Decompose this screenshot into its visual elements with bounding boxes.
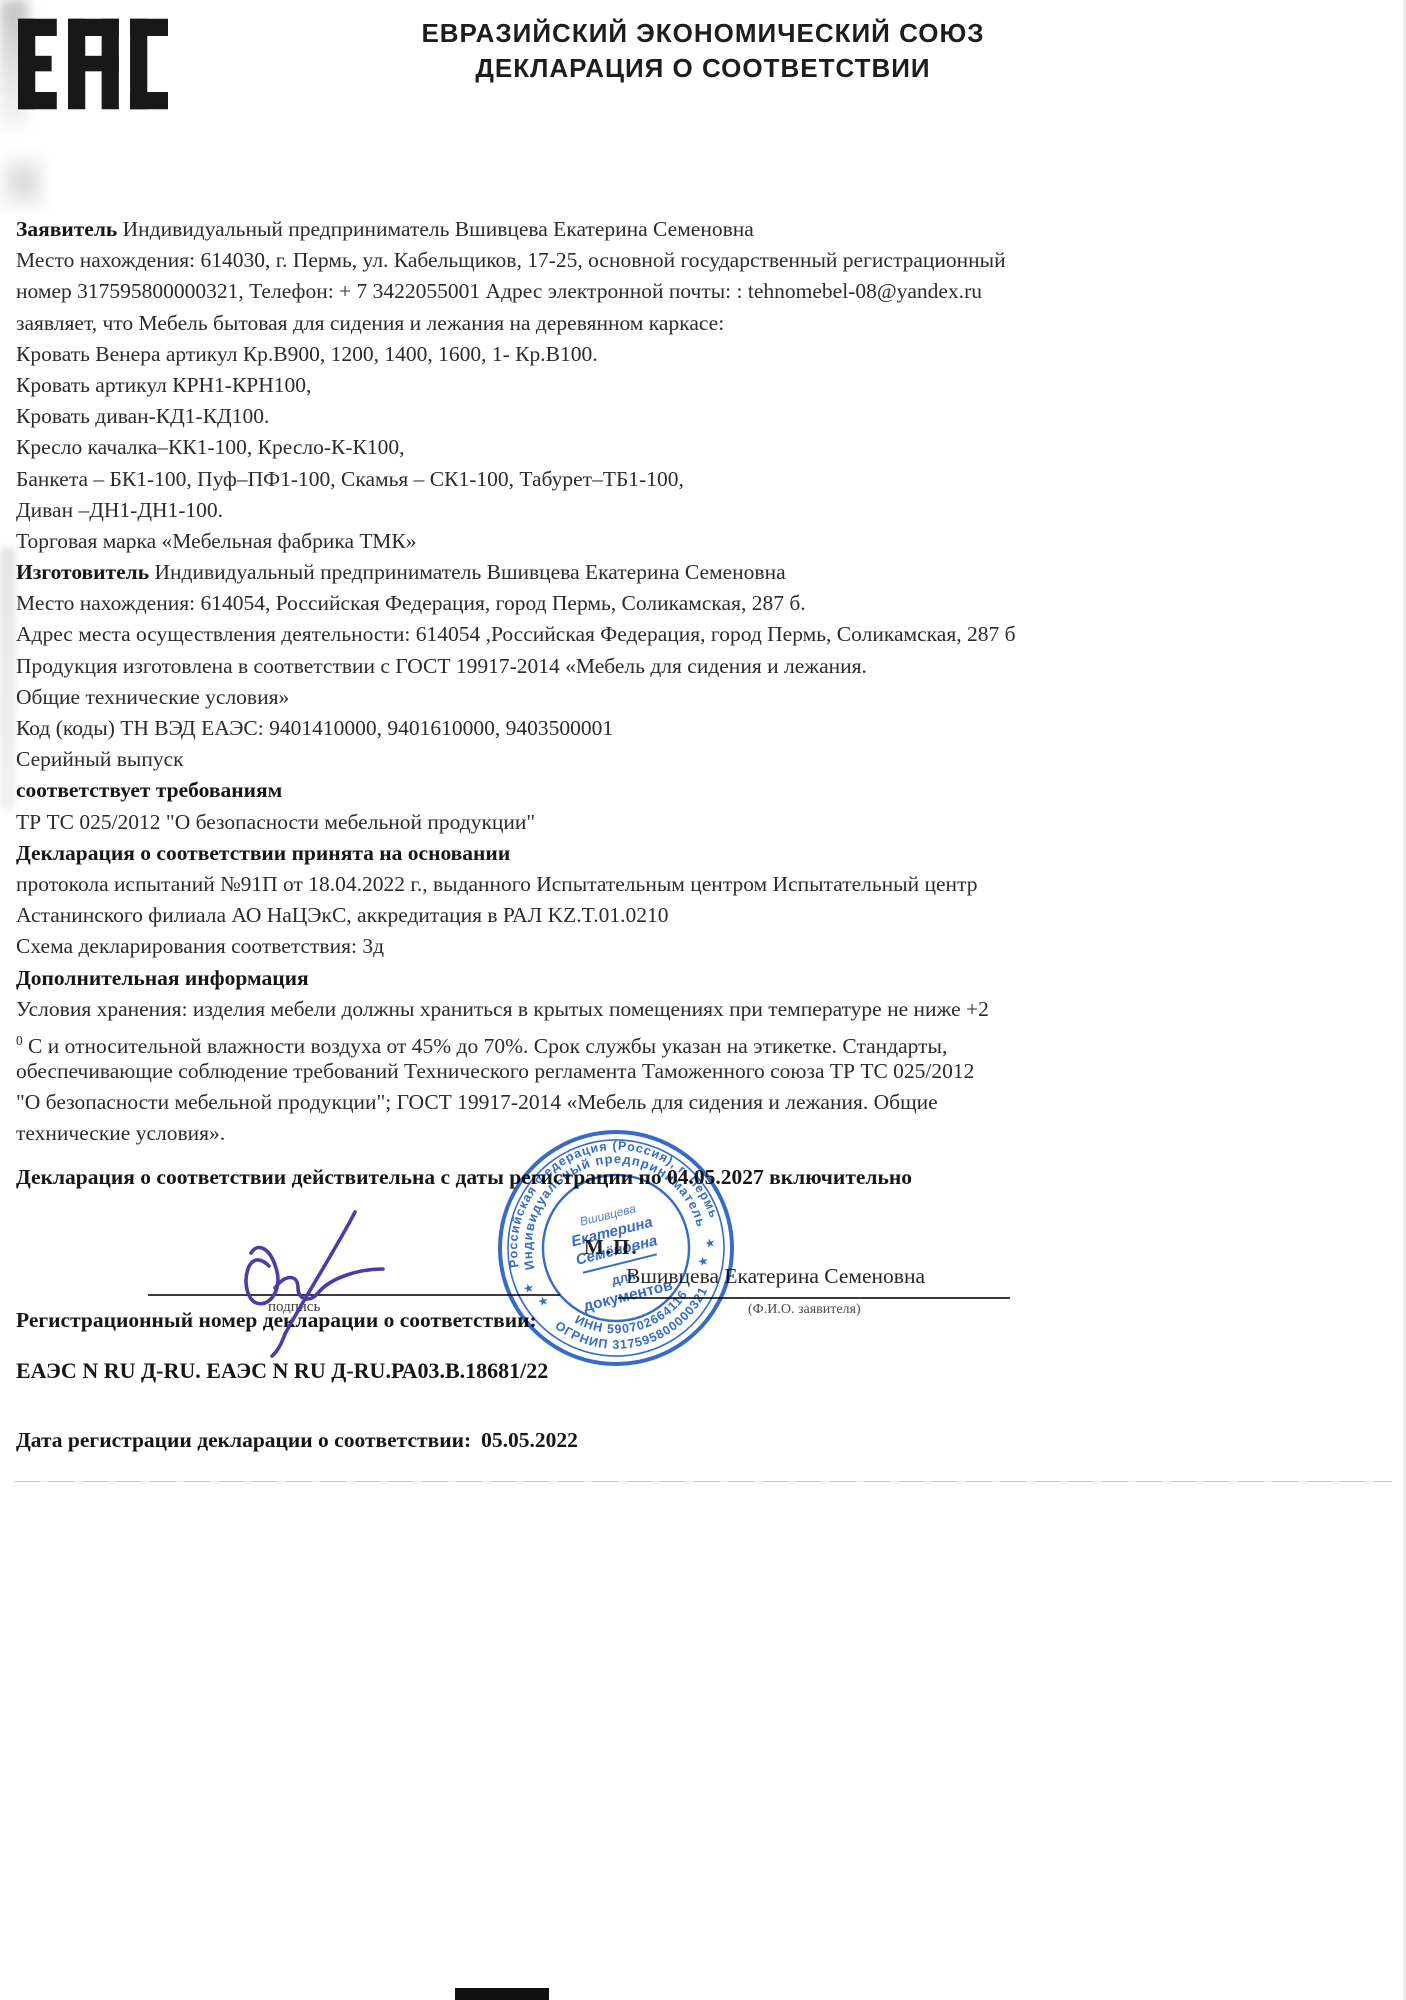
body-line: Банкета – БК1-100, Пуф–ПФ1-100, Скамья –… [16,464,1116,495]
signature-ink [205,1208,445,1358]
document-header: ЕВРАЗИЙСКИЙ ЭКОНОМИЧЕСКИЙ СОЮЗ ДЕКЛАРАЦИ… [0,16,1406,86]
registration-date-value: 05.05.2022 [481,1428,578,1452]
body-line: Адрес места осуществления деятельности: … [16,619,1116,650]
stamp-star-icon: ★ [696,1253,710,1269]
body-line: "О безопасности мебельной продукции"; ГО… [16,1087,1116,1118]
body-line: заявляет, что Мебель бытовая для сидения… [16,308,1116,339]
registration-date-label: Дата регистрации декларации о соответств… [16,1428,471,1452]
scan-rule-line [14,1481,1392,1482]
body-line: 0 С и относительной влажности воздуха от… [16,1025,1116,1056]
body-line: Кровать артикул КРН1-КРН100, [16,370,1116,401]
body-line: ТР ТС 025/2012 "О безопасности мебельной… [16,807,1116,838]
body-line: Дополнительная информация [16,963,1116,994]
body-line: соответствует требованиям [16,775,1116,806]
body-line: Продукция изготовлена в соответствии с Г… [16,651,1116,682]
body-line: Общие технические условия» [16,682,1116,713]
body-line: Место нахождения: 614030, г. Пермь, ул. … [16,245,1116,276]
body-line: Условия хранения: изделия мебели должны … [16,994,1116,1025]
declaration-document: ЕВРАЗИЙСКИЙ ЭКОНОМИЧЕСКИЙ СОЮЗ ДЕКЛАРАЦИ… [0,0,1406,2000]
registration-date: Дата регистрации декларации о соответств… [16,1428,578,1453]
body-line: Кровать диван-КД1-КД100. [16,401,1116,432]
body-line: Декларация о соответствии принята на осн… [16,838,1116,869]
body-line: Место нахождения: 614054, Российская Фед… [16,588,1116,619]
stamp-center-for: для [610,1267,637,1287]
body-line: Торговая марка «Мебельная фабрика ТМК» [16,526,1116,557]
stamp-star-icon: ★ [536,1293,550,1309]
body-line: номер 317595800000321, Телефон: + 7 3422… [16,276,1116,307]
applicant-name-caption: (Ф.И.О. заявителя) [748,1302,861,1318]
stamp-star-icon: ★ [522,1280,536,1296]
registration-number-value: ЕАЭС N RU Д-RU. ЕАЭС N RU Д-RU.РА03.В.18… [16,1358,548,1384]
header-union-title: ЕВРАЗИЙСКИЙ ЭКОНОМИЧЕСКИЙ СОЮЗ [0,16,1406,50]
body-lines: Заявитель Индивидуальный предприниматель… [16,214,1116,1193]
body-line: Серийный выпуск [16,744,1116,775]
header-doc-title: ДЕКЛАРАЦИЯ О СООТВЕТСТВИИ [0,50,1406,86]
scan-smudge [0,156,46,208]
body-line: Кресло качалка–КК1-100, Кресло-К-К100, [16,432,1116,463]
body-line: Изготовитель Индивидуальный предпринимат… [16,557,1116,588]
body-line: обеспечивающие соблюдение требований Тех… [16,1056,1116,1087]
body-line: Диван –ДН1-ДН1-100. [16,495,1116,526]
scan-bottom-mark [455,1988,549,2000]
body-line: Схема декларирования соответствия: 3д [16,931,1116,962]
body-line: Код (коды) ТН ВЭД ЕАЭС: 9401410000, 9401… [16,713,1116,744]
stamp-star-icon: ★ [703,1235,717,1251]
body-line: Заявитель Индивидуальный предприниматель… [16,214,1116,245]
body-line: Кровать Венера артикул Кр.В900, 1200, 14… [16,339,1116,370]
body-line: Астанинского филиала АО НаЦЭкС, аккредит… [16,900,1116,931]
body-line: протокола испытаний №91П от 18.04.2022 г… [16,869,1116,900]
scan-smudge [0,548,15,810]
